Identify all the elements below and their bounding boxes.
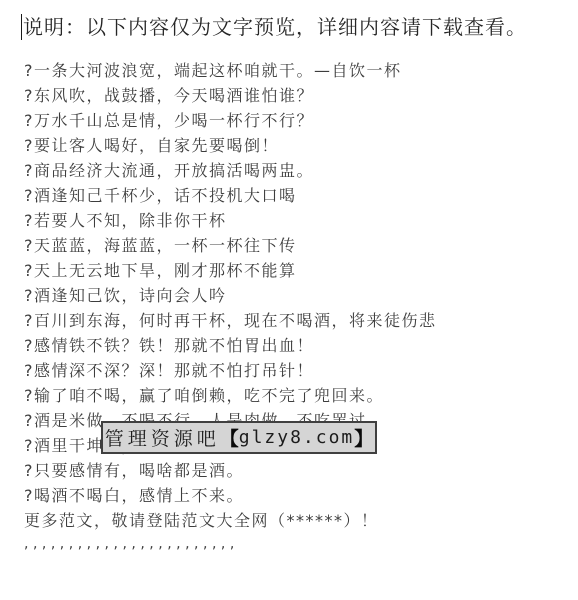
document-body: ?一条大河波浪宽，端起这杯咱就干。—自饮一杯 ?东风吹，战鼓播，今天喝酒谁怕谁？… — [24, 58, 564, 558]
text-line: ?若要人不知，除非你干杯 — [24, 208, 564, 233]
watermark-site-name: 管理资源吧 — [105, 424, 220, 451]
dots-line: ,,,,,,,,,,,,,,,,,,,,,,,, — [24, 533, 564, 558]
preview-notice-text: 说明：以下内容仅为文字预览，详细内容请下载查看。 — [23, 14, 527, 40]
text-line: ?百川到东海，何时再干杯，现在不喝酒，将来徒伤悲 — [24, 308, 564, 333]
text-line: ?感情深不深？深！那就不怕打吊针！ — [24, 358, 564, 383]
document-preview-page: 说明：以下内容仅为文字预览，详细内容请下载查看。 ?一条大河波浪宽，端起这杯咱就… — [0, 0, 578, 600]
watermark-site-url: glzy8.com — [239, 427, 355, 448]
text-line: ?输了咱不喝，赢了咱倒赖，吃不完了兜回来。 — [24, 383, 564, 408]
watermark-bracket-close: 】 — [354, 424, 373, 451]
text-line: ?天上无云地下旱，刚才那杯不能算 — [24, 258, 564, 283]
text-line: ?感情铁不铁？铁！那就不怕胃出血！ — [24, 333, 564, 358]
text-line: ?要让客人喝好，自家先要喝倒！ — [24, 133, 564, 158]
text-line: ?万水千山总是情，少喝一杯行不行？ — [24, 108, 564, 133]
watermark-badge: 管理资源吧【glzy8.com】 — [101, 421, 377, 454]
preview-notice: 说明：以下内容仅为文字预览，详细内容请下载查看。 — [21, 14, 527, 40]
watermark-bracket-open: 【 — [220, 424, 239, 451]
text-line: ?东风吹，战鼓播，今天喝酒谁怕谁？ — [24, 83, 564, 108]
text-line: ?酒逢知己千杯少，话不投机大口喝 — [24, 183, 564, 208]
text-cursor — [21, 14, 22, 40]
text-line: ?酒逢知己饮，诗向会人吟 — [24, 283, 564, 308]
text-line: 更多范文，敬请登陆范文大全网（******）！ — [24, 508, 564, 533]
text-line: ?商品经济大流通，开放搞活喝两盅。 — [24, 158, 564, 183]
text-line: ?喝酒不喝白，感情上不来。 — [24, 483, 564, 508]
text-line: ?一条大河波浪宽，端起这杯咱就干。—自饮一杯 — [24, 58, 564, 83]
text-line: ?只要感情有，喝啥都是酒。 — [24, 458, 564, 483]
text-line: ?天蓝蓝，海蓝蓝，一杯一杯往下传 — [24, 233, 564, 258]
